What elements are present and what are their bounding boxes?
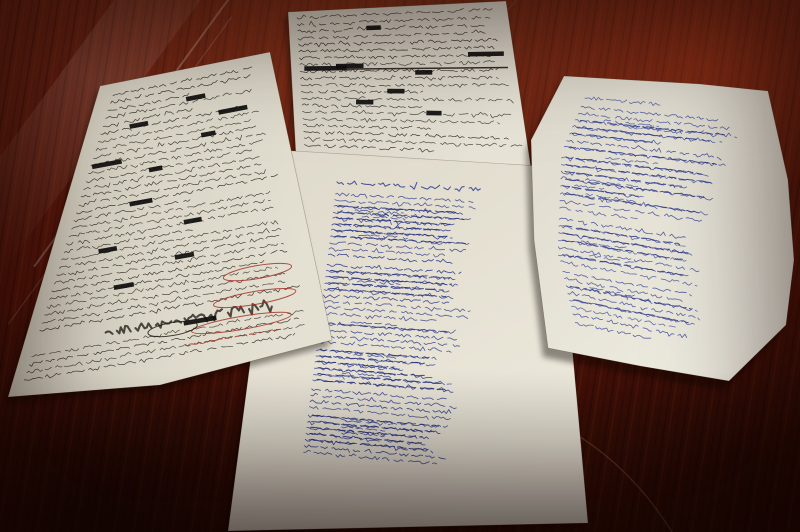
blackout-bar [149, 168, 162, 170]
blackout-bar [468, 54, 504, 55]
blackout-bar [184, 219, 202, 222]
photo-canvas [0, 0, 800, 532]
top-prose-page [285, 1, 531, 173]
manuscript-pages-layer [0, 0, 800, 532]
left-prose-page [5, 52, 332, 403]
blackout-bar [366, 28, 381, 29]
paper-sheet [8, 52, 332, 397]
blackout-bar [99, 248, 117, 251]
blackout-bar [201, 133, 215, 136]
right-poem-page [526, 76, 794, 390]
